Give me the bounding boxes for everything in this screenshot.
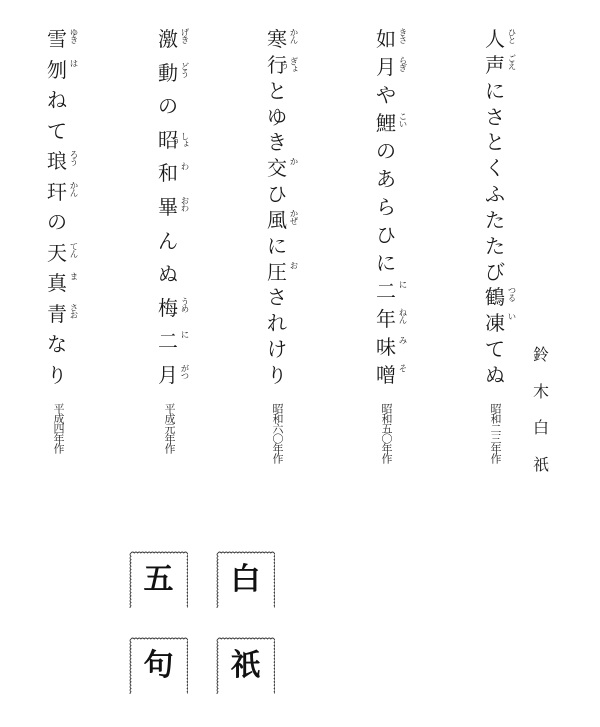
char-text: 天: [47, 241, 67, 265]
char-text: 年: [376, 307, 396, 331]
poem-char: 二に: [157, 330, 179, 352]
poem-char: な: [46, 333, 68, 355]
ruby-reading: つる: [505, 286, 515, 301]
char-text: 風: [267, 208, 287, 232]
ruby-reading: に: [396, 280, 406, 288]
ruby-reading: に: [178, 330, 188, 338]
poem-char: 行ぎょう: [266, 54, 288, 76]
char-text: 寒: [267, 27, 287, 51]
char-text: の: [47, 210, 67, 234]
char-text: り: [267, 363, 287, 387]
poem-3-date: 昭和六〇年作: [270, 403, 284, 463]
poem-4: 激げき動どうの昭しょう和わ畢おわんぬ梅うめ二に月がつ: [156, 28, 180, 386]
char-text: り: [47, 363, 67, 387]
ruby-reading: わ: [178, 162, 188, 170]
ruby-reading: は: [67, 59, 77, 67]
poem-char: 雪ゆき: [46, 28, 68, 50]
char-text: や: [376, 83, 396, 107]
char-text: に: [485, 79, 505, 103]
ruby-reading: ぎょう: [287, 54, 297, 76]
ruby-reading: ごえ: [505, 54, 515, 69]
char-text: 交: [267, 156, 287, 180]
poem-char: 寒かん: [266, 28, 288, 50]
ruby-reading: きさ: [396, 28, 406, 43]
ruby-reading: らぎ: [396, 56, 406, 71]
poem-char: や: [375, 84, 397, 106]
char-text: 鶴: [485, 285, 505, 309]
poem-char: れ: [266, 312, 288, 334]
poem-char: 刎は: [46, 59, 68, 81]
poem-char: 月がつ: [157, 364, 179, 386]
char-text: 声: [485, 53, 505, 77]
char-text: ゆ: [267, 105, 287, 129]
poem-char: 味み: [375, 336, 397, 358]
ruby-reading: み: [396, 336, 406, 344]
poem-char: ね: [46, 89, 68, 111]
char-text: ぬ: [485, 363, 505, 387]
char-text: 鯉: [376, 111, 396, 135]
poem-char: 年ねん: [375, 308, 397, 330]
ruby-reading: お: [287, 261, 297, 269]
poem-char: 如きさ: [375, 28, 397, 50]
char-text: 玕: [47, 180, 67, 204]
ruby-reading: ひと: [505, 28, 515, 43]
poem-char: 噌そ: [375, 364, 397, 386]
char-text: あ: [376, 167, 396, 191]
poem-char: び: [484, 261, 506, 283]
poem-char: く: [484, 157, 506, 179]
poem-char: 交か: [266, 157, 288, 179]
poem-char: さ: [266, 286, 288, 308]
poem-char: 青さお: [46, 303, 68, 325]
ruby-reading: げき: [178, 28, 188, 43]
poem-char: と: [266, 80, 288, 102]
poem-char: り: [266, 364, 288, 386]
author-char: 木: [533, 383, 549, 401]
poem-2: 如きさ月らぎや鯉こいのあらひに二に年ねん味み噌そ: [374, 28, 398, 386]
char-text: 激: [158, 27, 178, 51]
ruby-reading: がつ: [178, 364, 188, 379]
poem-char: の: [46, 211, 68, 233]
ruby-reading: しょう: [178, 129, 188, 151]
title-char: 白: [231, 564, 261, 596]
char-text: さ: [485, 105, 505, 129]
char-text: た: [485, 234, 505, 258]
char-text: ふ: [485, 182, 505, 206]
poem-4-date: 平成元年作: [162, 403, 176, 453]
ruby-reading: ねん: [396, 308, 406, 323]
char-text: な: [47, 332, 67, 356]
poem-char: に: [484, 80, 506, 102]
poem-char: 昭しょう: [157, 129, 179, 151]
char-text: て: [485, 337, 505, 361]
char-text: に: [376, 251, 396, 275]
char-text: さ: [267, 285, 287, 309]
poem-char: あ: [375, 168, 397, 190]
char-text: 和: [158, 161, 178, 185]
title-box-go: 五: [129, 551, 188, 608]
ruby-reading: おわ: [178, 196, 188, 211]
poem-3: 寒かん行ぎょうとゆき交かひ風かぜに圧おされけり: [265, 28, 289, 386]
poem-char: 動どう: [157, 62, 179, 84]
poem-char: 人ひと: [484, 28, 506, 50]
char-text: ね: [47, 88, 67, 112]
char-text: ひ: [376, 223, 396, 247]
author-char: 鈴: [533, 346, 549, 364]
author-name: 鈴 木 白 祇: [532, 346, 550, 474]
char-text: 梅: [158, 296, 178, 320]
poem-char: た: [484, 209, 506, 231]
poem-char: ひ: [375, 224, 397, 246]
char-text: に: [267, 234, 287, 258]
char-text: 二: [376, 279, 396, 303]
char-text: 青: [47, 302, 67, 326]
char-text: 月: [158, 363, 178, 387]
title-char: 祇: [231, 650, 261, 682]
char-text: 圧: [267, 260, 287, 284]
ruby-reading: こい: [396, 112, 406, 127]
poem-char: 鯉こい: [375, 112, 397, 134]
title-box-haku: 白: [216, 551, 275, 608]
char-text: れ: [267, 311, 287, 335]
char-text: 二: [158, 329, 178, 353]
char-text: ぬ: [158, 262, 178, 286]
poem-char: た: [484, 235, 506, 257]
author-char: 白: [533, 419, 549, 437]
poem-char: 圧お: [266, 261, 288, 283]
poem-char: に: [375, 252, 397, 274]
char-text: 味: [376, 335, 396, 359]
poem-char: 凍い: [484, 312, 506, 334]
poem-char: ぬ: [484, 364, 506, 386]
char-text: く: [485, 156, 505, 180]
poem-char: ら: [375, 196, 397, 218]
char-text: ら: [376, 195, 396, 219]
poem-char: 風かぜ: [266, 209, 288, 231]
char-text: の: [158, 94, 178, 118]
char-text: 如: [376, 27, 396, 51]
poem-char: の: [157, 95, 179, 117]
poem-char: 和わ: [157, 162, 179, 184]
ruby-reading: ろう: [67, 150, 77, 165]
char-text: 刎: [47, 58, 67, 82]
char-text: の: [376, 139, 396, 163]
poem-char: 激げき: [157, 28, 179, 50]
poem-2-date: 昭和五〇年作: [379, 403, 393, 463]
poem-char: て: [484, 338, 506, 360]
poem-char: 声ごえ: [484, 54, 506, 76]
title-box-gi: 祇: [216, 637, 275, 694]
poem-char: け: [266, 338, 288, 360]
title-box-ku: 句: [129, 637, 188, 694]
ruby-reading: ゆき: [67, 28, 77, 43]
ruby-reading: ま: [67, 272, 77, 280]
author-char: 祇: [533, 456, 549, 474]
poem-1-date: 昭和二三年作: [488, 403, 502, 463]
char-text: 動: [158, 61, 178, 85]
poem-char: 天てん: [46, 242, 68, 264]
char-text: 畢: [158, 195, 178, 219]
poem-1: 人ひと声ごえにさとくふたたび鶴つる凍いてぬ: [483, 28, 507, 386]
char-text: 月: [376, 55, 396, 79]
char-text: ん: [158, 229, 178, 253]
char-text: 雪: [47, 27, 67, 51]
title-char: 句: [144, 650, 174, 682]
poem-char: 琅ろう: [46, 150, 68, 172]
char-text: と: [267, 79, 287, 103]
poem-char: 二に: [375, 280, 397, 302]
char-text: き: [267, 130, 287, 154]
poem-char: さ: [484, 106, 506, 128]
poem-char: に: [266, 235, 288, 257]
ruby-reading: さお: [67, 303, 77, 318]
ruby-reading: てん: [67, 242, 77, 257]
poem-char: ぬ: [157, 263, 179, 285]
ruby-reading: い: [505, 312, 515, 320]
char-text: た: [485, 208, 505, 232]
poem-char: 月らぎ: [375, 56, 397, 78]
haiku-page: 人ひと声ごえにさとくふたたび鶴つる凍いてぬ 昭和二三年作 如きさ月らぎや鯉こいの…: [0, 0, 600, 727]
ruby-reading: かん: [287, 28, 297, 43]
poem-char: と: [484, 131, 506, 153]
char-text: 人: [485, 27, 505, 51]
poem-char: ん: [157, 230, 179, 252]
char-text: て: [47, 119, 67, 143]
ruby-reading: かぜ: [287, 209, 297, 224]
ruby-reading: どう: [178, 62, 188, 77]
ruby-reading: うめ: [178, 297, 188, 312]
poem-5: 雪ゆき刎はねて琅ろう玕かんの天てん真ま青さおなり: [45, 28, 69, 386]
poem-char: 畢おわ: [157, 196, 179, 218]
char-text: 琅: [47, 149, 67, 173]
title-char: 五: [144, 564, 174, 596]
poem-char: て: [46, 120, 68, 142]
char-text: 凍: [485, 311, 505, 335]
poem-char: ひ: [266, 183, 288, 205]
poem-5-date: 平成四年作: [51, 403, 65, 453]
char-text: け: [267, 337, 287, 361]
poem-char: り: [46, 364, 68, 386]
char-text: ひ: [267, 182, 287, 206]
poem-char: の: [375, 140, 397, 162]
poem-char: 真ま: [46, 272, 68, 294]
poem-char: き: [266, 131, 288, 153]
ruby-reading: か: [287, 157, 297, 165]
char-text: と: [485, 130, 505, 154]
char-text: 噌: [376, 363, 396, 387]
char-text: び: [485, 260, 505, 284]
ruby-reading: そ: [396, 364, 406, 372]
poem-char: ゆ: [266, 106, 288, 128]
ruby-reading: かん: [67, 181, 77, 196]
poem-char: 梅うめ: [157, 297, 179, 319]
poem-char: 鶴つる: [484, 286, 506, 308]
poem-char: ふ: [484, 183, 506, 205]
poem-char: 玕かん: [46, 181, 68, 203]
char-text: 真: [47, 271, 67, 295]
